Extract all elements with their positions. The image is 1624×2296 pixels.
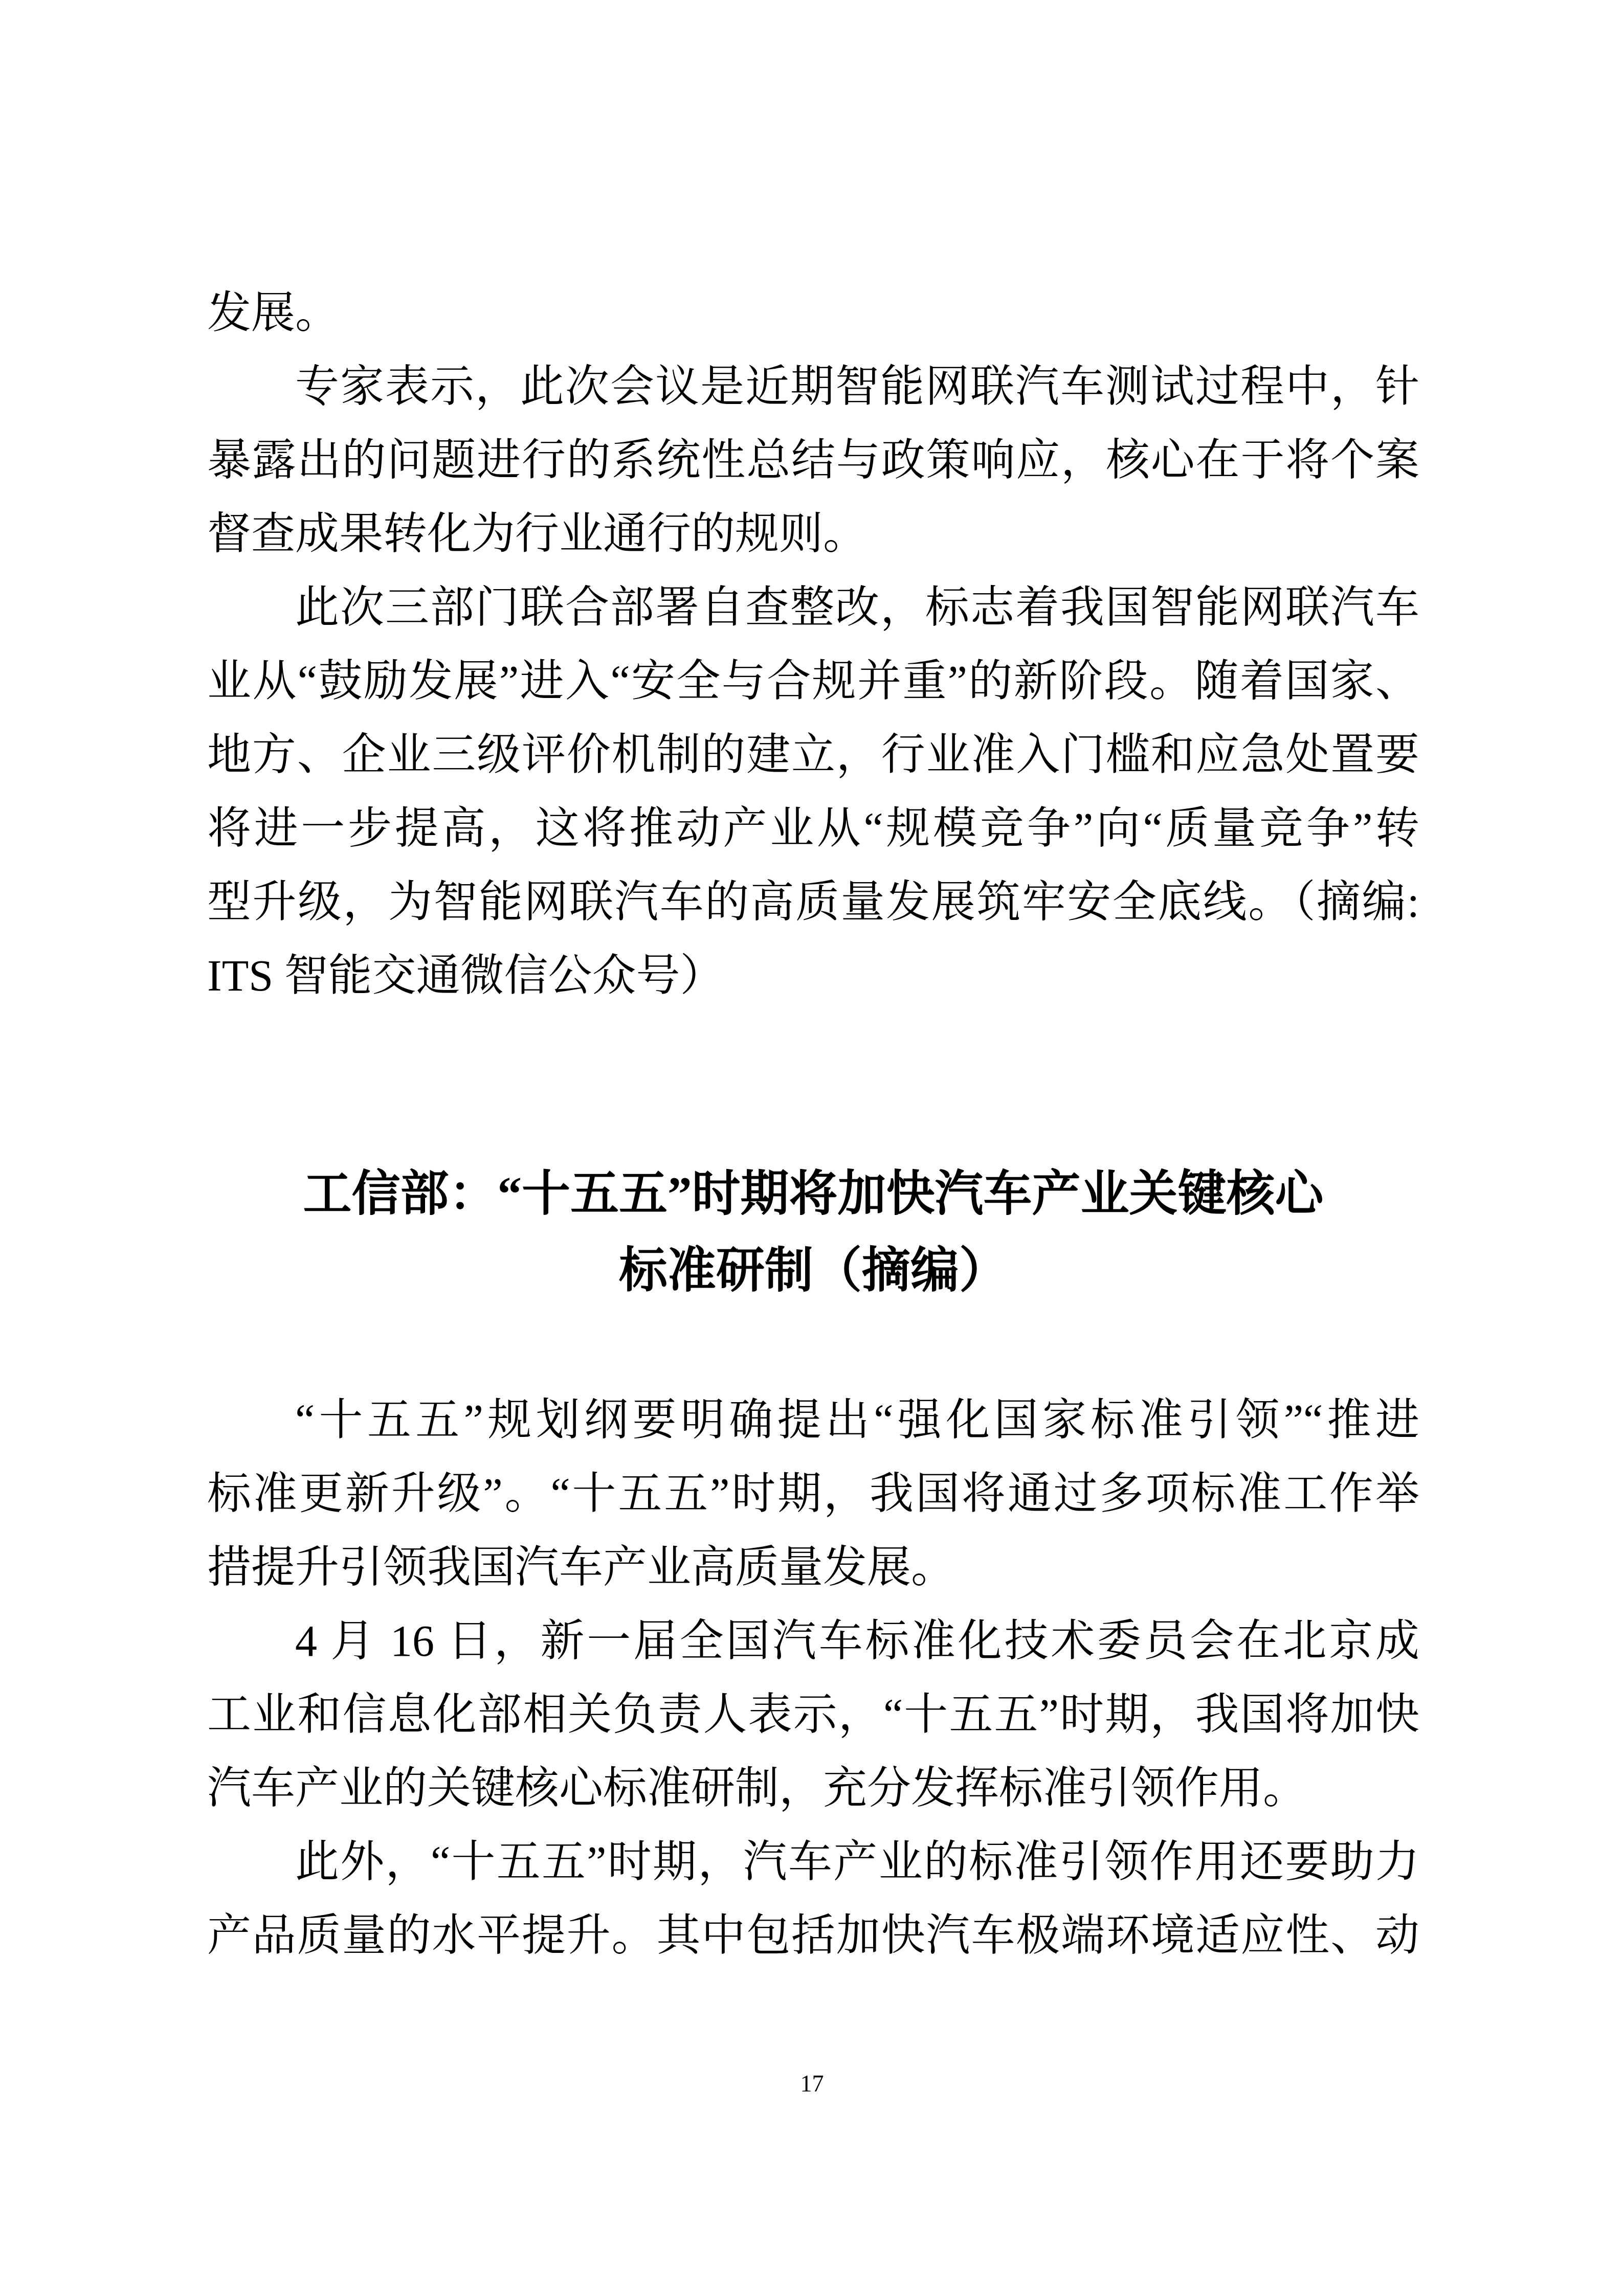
body-line: 将进一步提高，这将推动产业从“规模竞争”向“质量竞争”转 — [207, 792, 1419, 865]
body-line: 发展。 — [207, 276, 1419, 350]
article-heading: 工信部：“十五五”时期将加快汽车产业关键核心 标准研制（摘编） — [207, 1156, 1419, 1309]
body-line: 标准更新升级”。“十五五”时期，我国将通过多项标准工作举 — [207, 1457, 1419, 1530]
body-line: “十五五”规划纲要明确提出“强化国家标准引领”“推进 — [207, 1383, 1419, 1457]
body-line: 此次三部门联合部署自查整改，标志着我国智能网联汽车产 — [207, 571, 1419, 644]
page-number: 17 — [800, 2068, 824, 2099]
body-line: 督查成果转化为行业通行的规则。 — [207, 497, 1419, 571]
body-line: 措提升引领我国汽车产业高质量发展。 — [207, 1530, 1419, 1604]
body-line: 产品质量的水平提升。其中包括加快汽车极端环境适应性、动力 — [207, 1899, 1419, 1972]
document-page: 发展。 专家表示，此次会议是近期智能网联汽车测试过程中，针对 暴露出的问题进行的… — [0, 0, 1624, 2296]
body-line: 汽车产业的关键核心标准研制，充分发挥标准引领作用。 — [207, 1751, 1419, 1825]
body-line: 4 月 16 日，新一届全国汽车标准化技术委员会在北京成立。 — [207, 1604, 1419, 1678]
paragraph-block-bottom: “十五五”规划纲要明确提出“强化国家标准引领”“推进 标准更新升级”。“十五五”… — [207, 1383, 1419, 1972]
body-line: ITS 智能交通微信公众号） — [207, 939, 1419, 1012]
body-line: 业从“鼓励发展”进入“安全与合规并重”的新阶段。随着国家、 — [207, 644, 1419, 718]
heading-line-1: 工信部：“十五五”时期将加快汽车产业关键核心 — [207, 1156, 1419, 1232]
body-line: 暴露出的问题进行的系统性总结与政策响应，核心在于将个案的 — [207, 423, 1419, 497]
body-line: 工业和信息化部相关负责人表示，“十五五”时期，我国将加快 — [207, 1678, 1419, 1751]
body-line: 此外，“十五五”时期，汽车产业的标准引领作用还要助力 — [207, 1825, 1419, 1899]
paragraph-block-top: 发展。 专家表示，此次会议是近期智能网联汽车测试过程中，针对 暴露出的问题进行的… — [207, 276, 1419, 1012]
body-line: 型升级，为智能网联汽车的高质量发展筑牢安全底线。（摘编: — [207, 865, 1419, 939]
body-line: 专家表示，此次会议是近期智能网联汽车测试过程中，针对 — [207, 350, 1419, 423]
page-footer: 17 — [0, 2068, 1624, 2099]
body-line: 地方、企业三级评价机制的建立，行业准入门槛和应急处置要求 — [207, 718, 1419, 792]
heading-line-2: 标准研制（摘编） — [207, 1232, 1419, 1309]
